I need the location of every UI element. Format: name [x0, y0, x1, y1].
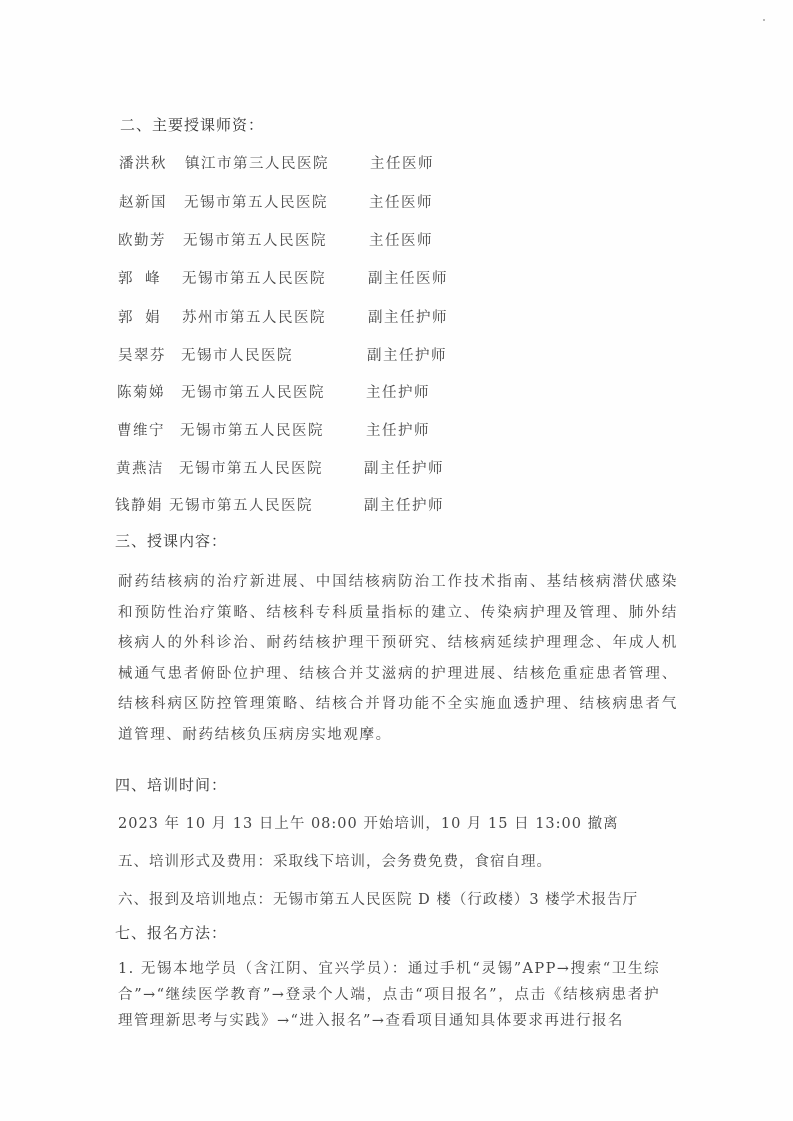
teacher-hospital: 无锡市第五人民医院 [169, 494, 313, 515]
document-page: 二、主要授课师资： 潘洪秋 镇江市第三人民医院 主任医师 赵新国 无锡市第五人民… [0, 0, 793, 1121]
section-7-title: 七、报名方法： [115, 922, 227, 943]
teacher-name: 潘洪秋 [119, 152, 167, 173]
teacher-title: 主任护师 [366, 419, 430, 440]
training-location-content: 无锡市第五人民医院 D 楼（行政楼）3 楼学术报告厅 [273, 892, 638, 908]
teacher-title: 副主任护师 [367, 344, 447, 365]
teacher-row: 黄燕洁 无锡市第五人民医院 副主任护师 [0, 457, 793, 479]
teacher-row: 吴翠芬 无锡市人民医院 副主任护师 [0, 344, 793, 366]
teacher-row: 郭 娟 苏州市第五人民医院 副主任护师 [0, 306, 793, 328]
section-4-title: 四、培训时间： [115, 774, 227, 795]
teacher-row: 赵新国 无锡市第五人民医院 主任医师 [0, 191, 793, 213]
section-6-title: 六、报到及培训地点： [118, 892, 273, 908]
teacher-title: 副主任护师 [364, 494, 444, 515]
training-format-content: 采取线下培训，会务费免费，食宿自理。 [273, 854, 552, 870]
teacher-name: 欧勤芳 [118, 229, 166, 250]
training-format: 五、培训形式及费用：采取线下培训，会务费免费，食宿自理。 [118, 850, 552, 871]
teacher-name: 郭 娟 [118, 306, 164, 327]
course-content: 耐药结核病的治疗新进展、中国结核病防治工作技术指南、基结核病潜伏感染和预防性治疗… [118, 567, 678, 750]
scan-artifact [763, 19, 765, 21]
teacher-name: 黄燕洁 [116, 457, 164, 478]
training-location: 六、报到及培训地点：无锡市第五人民医院 D 楼（行政楼）3 楼学术报告厅 [118, 888, 638, 909]
section-3-title: 三、授课内容： [115, 530, 227, 551]
teacher-title: 副主任护师 [368, 306, 448, 327]
teacher-row: 曹维宁 无锡市第五人民医院 主任护师 [0, 419, 793, 441]
teacher-name: 陈菊娣 [117, 381, 165, 402]
teacher-hospital: 无锡市第五人民医院 [180, 419, 324, 440]
teacher-row: 郭 峰 无锡市第五人民医院 副主任医师 [0, 267, 793, 289]
teacher-title: 主任医师 [369, 191, 433, 212]
teacher-title: 副主任医师 [368, 267, 448, 288]
teacher-title: 副主任护师 [364, 457, 444, 478]
teacher-row: 钱静娟 无锡市第五人民医院 副主任护师 [0, 494, 793, 516]
teacher-hospital: 无锡市第五人民医院 [183, 229, 327, 250]
teacher-row: 陈菊娣 无锡市第五人民医院 主任护师 [0, 381, 793, 403]
teacher-row: 欧勤芳 无锡市第五人民医院 主任医师 [0, 229, 793, 251]
teacher-name: 钱静娟 [115, 494, 163, 515]
teacher-hospital: 镇江市第三人民医院 [185, 152, 329, 173]
teacher-title: 主任医师 [369, 229, 433, 250]
training-time: 2023 年 10 月 13 日上午 08:00 开始培训，10 月 15 日 … [118, 812, 619, 833]
section-2-title: 二、主要授课师资： [120, 114, 264, 135]
teacher-hospital: 无锡市第五人民医院 [181, 381, 325, 402]
teacher-title: 主任护师 [366, 381, 430, 402]
teacher-hospital: 苏州市第五人民医院 [182, 306, 326, 327]
registration-method-1: 1. 无锡本地学员（含江阴、宜兴学员）：通过手机“灵锡”APP→搜索“卫生综合”… [118, 956, 660, 1034]
teacher-name: 吴翠芬 [118, 344, 166, 365]
teacher-title: 主任医师 [370, 152, 434, 173]
teacher-name: 赵新国 [119, 191, 167, 212]
teacher-name: 曹维宁 [117, 419, 165, 440]
teacher-row: 潘洪秋 镇江市第三人民医院 主任医师 [0, 152, 793, 174]
teacher-hospital: 无锡市人民医院 [181, 344, 293, 365]
teacher-hospital: 无锡市第五人民医院 [182, 267, 326, 288]
teacher-hospital: 无锡市第五人民医院 [179, 457, 323, 478]
teacher-hospital: 无锡市第五人民医院 [184, 191, 328, 212]
teacher-name: 郭 峰 [118, 267, 164, 288]
section-5-title: 五、培训形式及费用： [118, 854, 273, 870]
